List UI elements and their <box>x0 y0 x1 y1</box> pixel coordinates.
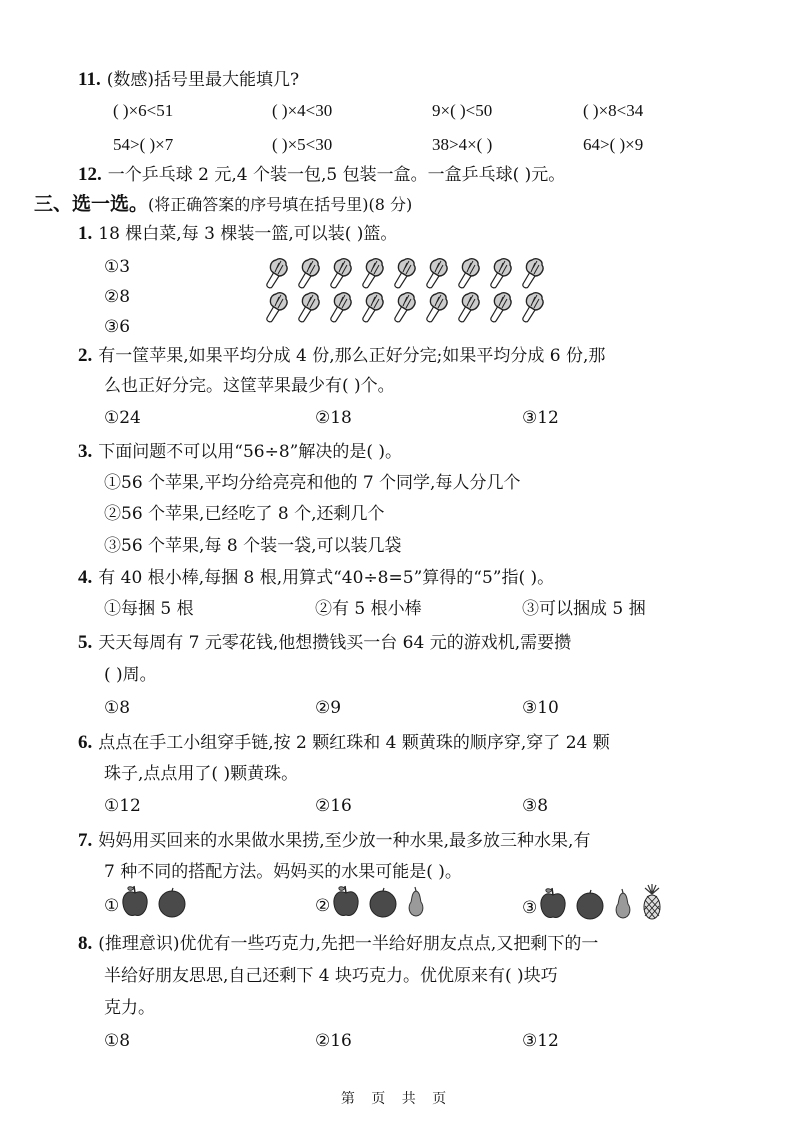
chinese-cabbage-icon <box>518 290 546 324</box>
question-number: 8. <box>78 933 92 954</box>
apple-icon <box>332 884 360 918</box>
question-number: 7. <box>78 830 92 851</box>
question-number: 2. <box>78 345 92 366</box>
option-label: ③ <box>522 896 537 920</box>
option-1[interactable]: ①24 <box>104 406 141 430</box>
question-7: 7.妈妈用买回来的水果做水果捞,至少放一种水果,最多放三种水果,有 <box>78 829 590 853</box>
page-footer: 第 页 共 页 <box>0 1088 793 1108</box>
question-text[interactable]: 下面问题不可以用“56÷8”解决的是( )。 <box>98 442 402 462</box>
question-text-continued[interactable]: 么也正好分完。这筐苹果最少有( )个。 <box>104 374 395 398</box>
q12-number: 12. <box>78 164 102 185</box>
apple-icon <box>121 884 149 918</box>
chinese-cabbage-icon <box>454 256 482 290</box>
chinese-cabbage-icon <box>294 290 322 324</box>
option-2[interactable]: ②8 <box>104 285 130 309</box>
cabbage-row <box>262 256 552 290</box>
chinese-cabbage-icon <box>326 290 354 324</box>
q11-blank-2[interactable]: ( )×4<30 <box>272 99 332 123</box>
orange-icon <box>157 886 187 918</box>
option-1[interactable]: ①3 <box>104 255 130 279</box>
option-2[interactable]: ②16 <box>315 1029 352 1053</box>
question-1: 1.18 棵白菜,每 3 棵装一篮,可以装( )篮。 <box>78 222 397 246</box>
question-2: 2.有一筐苹果,如果平均分成 4 份,那么正好分完;如果平均分成 6 份,那 <box>78 344 605 368</box>
question-3: 3.下面问题不可以用“56÷8”解决的是( )。 <box>78 440 402 464</box>
chinese-cabbage-icon <box>262 290 290 324</box>
option-label: ① <box>104 894 119 918</box>
question-6: 6.点点在手工小组穿手链,按 2 颗红珠和 4 颗黄珠的顺序穿,穿了 24 颗 <box>78 731 610 755</box>
option-3[interactable]: ③可以捆成 5 捆 <box>522 597 646 621</box>
cabbage-row <box>262 290 552 324</box>
question-text: (推理意识)优优有一些巧克力,先把一半给好朋友点点,又把剩下的一 <box>98 934 598 954</box>
question-5: 5.天天每周有 7 元零花钱,他想攒钱买一台 64 元的游戏机,需要攒 <box>78 631 571 655</box>
option-3[interactable]: ③56 个苹果,每 8 个装一袋,可以装几袋 <box>104 534 401 558</box>
q12-text[interactable]: 一个乒乓球 2 元,4 个装一包,5 包装一盒。一盒乒乓球( )元。 <box>108 165 566 185</box>
question-text[interactable]: 18 棵白菜,每 3 棵装一篮,可以装( )篮。 <box>98 224 397 244</box>
section-title: 三、选一选。 <box>34 193 148 215</box>
pineapple-icon <box>641 884 663 920</box>
q11-blank-7[interactable]: 38>4×( ) <box>432 133 492 157</box>
question-text[interactable]: 有 40 根小棒,每捆 8 根,用算式“40÷8=5”算得的“5”指( )。 <box>98 568 554 588</box>
pear-icon <box>406 886 426 918</box>
q11-blank-1[interactable]: ( )×6<51 <box>113 99 173 123</box>
q12: 12.一个乒乓球 2 元,4 个装一包,5 包装一盒。一盒乒乓球( )元。 <box>78 163 565 187</box>
q11-blank-3[interactable]: 9×( )<50 <box>432 99 492 123</box>
q11-text: (数感)括号里最大能填几? <box>107 70 299 90</box>
q11-blank-6[interactable]: ( )×5<30 <box>272 133 332 157</box>
option-1[interactable]: ①12 <box>104 794 141 818</box>
section-heading: 三、选一选。(将正确答案的序号填在括号里)(8 分) <box>34 192 412 217</box>
option-2[interactable]: ② <box>315 884 426 918</box>
question-number: 3. <box>78 441 92 462</box>
option-3[interactable]: ③12 <box>522 406 559 430</box>
option-1[interactable]: ① <box>104 884 187 918</box>
q11-blank-5[interactable]: 54>( )×7 <box>113 133 173 157</box>
question-number: 5. <box>78 632 92 653</box>
option-2[interactable]: ②18 <box>315 406 352 430</box>
chinese-cabbage-icon <box>486 290 514 324</box>
chinese-cabbage-icon <box>422 290 450 324</box>
question-text: 天天每周有 7 元零花钱,他想攒钱买一台 64 元的游戏机,需要攒 <box>98 633 571 653</box>
question-number: 1. <box>78 223 92 244</box>
question-text-continued[interactable]: 7 种不同的搭配方法。妈妈买的水果可能是( )。 <box>104 860 462 884</box>
chinese-cabbage-icon <box>390 290 418 324</box>
chinese-cabbage-icon <box>454 290 482 324</box>
section-note: (将正确答案的序号填在括号里)(8 分) <box>148 195 412 214</box>
q11-number: 11. <box>78 69 101 90</box>
option-3[interactable]: ③6 <box>104 315 130 339</box>
chinese-cabbage-icon <box>294 256 322 290</box>
option-1[interactable]: ①56 个苹果,平均分给亮亮和他的 7 个同学,每人分几个 <box>104 471 520 495</box>
q11-title: 11.(数感)括号里最大能填几? <box>78 68 299 92</box>
question-text-continued[interactable]: 珠子,点点用了( )颗黄珠。 <box>104 762 298 786</box>
cabbage-illustration <box>262 256 552 324</box>
question-4: 4.有 40 根小棒,每捆 8 根,用算式“40÷8=5”算得的“5”指( )。 <box>78 566 554 590</box>
question-text-continued[interactable]: ( )周。 <box>104 663 157 687</box>
orange-icon <box>575 888 605 920</box>
option-3[interactable]: ③10 <box>522 696 559 720</box>
question-number: 4. <box>78 567 92 588</box>
question-text-continued: 克力。 <box>104 996 155 1020</box>
pear-icon <box>613 888 633 920</box>
option-2[interactable]: ②16 <box>315 794 352 818</box>
option-2[interactable]: ②有 5 根小棒 <box>315 597 422 621</box>
question-text: 点点在手工小组穿手链,按 2 颗红珠和 4 颗黄珠的顺序穿,穿了 24 颗 <box>98 733 610 753</box>
chinese-cabbage-icon <box>390 256 418 290</box>
apple-icon <box>539 886 567 920</box>
option-2[interactable]: ②9 <box>315 696 341 720</box>
chinese-cabbage-icon <box>518 256 546 290</box>
question-text: 妈妈用买回来的水果做水果捞,至少放一种水果,最多放三种水果,有 <box>98 831 590 851</box>
question-text-continued[interactable]: 半给好朋友思思,自己还剩下 4 块巧克力。优优原来有( )块巧 <box>104 964 558 988</box>
option-1[interactable]: ①每捆 5 根 <box>104 597 194 621</box>
orange-icon <box>368 886 398 918</box>
q11-blank-4[interactable]: ( )×8<34 <box>583 99 643 123</box>
q11-blank-8[interactable]: 64>( )×9 <box>583 133 643 157</box>
chinese-cabbage-icon <box>422 256 450 290</box>
chinese-cabbage-icon <box>486 256 514 290</box>
option-3[interactable]: ③8 <box>522 794 548 818</box>
question-number: 6. <box>78 732 92 753</box>
option-1[interactable]: ①8 <box>104 696 130 720</box>
question-text: 有一筐苹果,如果平均分成 4 份,那么正好分完;如果平均分成 6 份,那 <box>98 346 605 366</box>
question-8: 8.(推理意识)优优有一些巧克力,先把一半给好朋友点点,又把剩下的一 <box>78 932 598 956</box>
option-3[interactable]: ③12 <box>522 1029 559 1053</box>
chinese-cabbage-icon <box>262 256 290 290</box>
option-3[interactable]: ③ <box>522 884 663 920</box>
chinese-cabbage-icon <box>326 256 354 290</box>
option-2[interactable]: ②56 个苹果,已经吃了 8 个,还剩几个 <box>104 502 384 526</box>
chinese-cabbage-icon <box>358 256 386 290</box>
chinese-cabbage-icon <box>358 290 386 324</box>
option-label: ② <box>315 894 330 918</box>
option-1[interactable]: ①8 <box>104 1029 130 1053</box>
